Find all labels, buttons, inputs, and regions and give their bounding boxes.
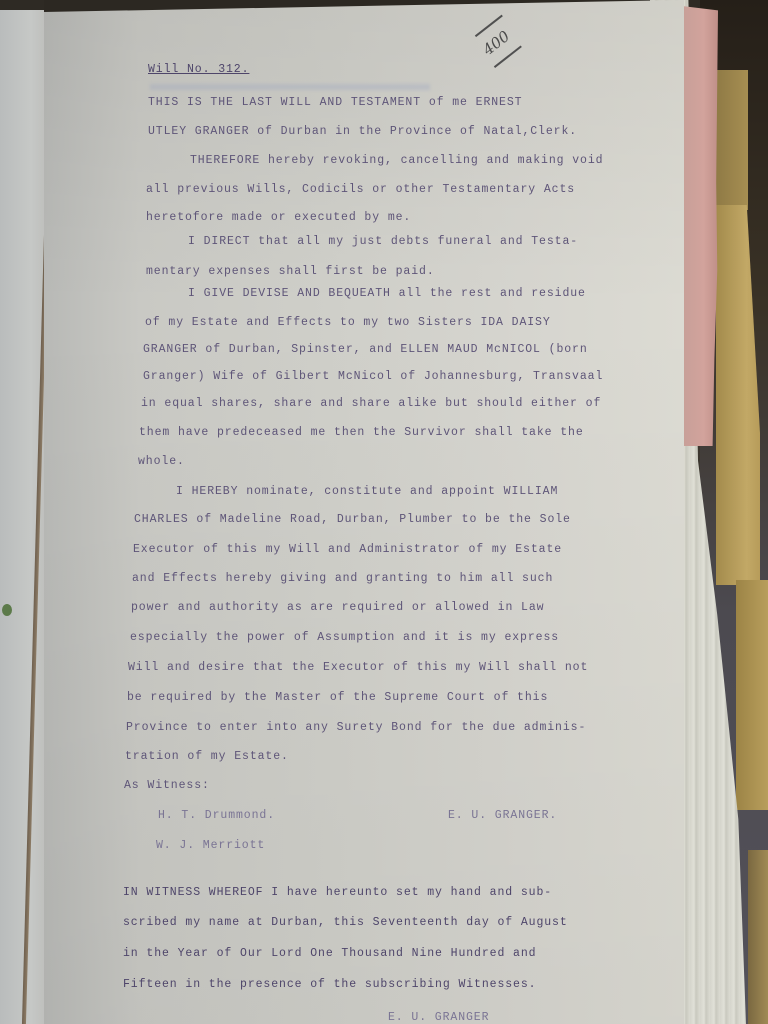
pink-sheet-edge — [682, 6, 718, 446]
text-line: Province to enter into any Surety Bond f… — [126, 722, 586, 734]
text-line: in equal shares, share and share alike b… — [141, 398, 601, 410]
text-line: scribed my name at Durban, this Seventee… — [123, 917, 568, 929]
tan-divider-tab — [736, 580, 768, 810]
text-line: especially the power of Assumption and i… — [130, 632, 559, 644]
text-line: Executor of this my Will and Administrat… — [133, 544, 562, 556]
witness-name: H. T. Drummond. — [158, 810, 275, 822]
witness-name: W. J. Merriott — [156, 840, 265, 852]
text-line: As Witness: — [124, 780, 210, 792]
signature-text: E. U. GRANGER. — [448, 810, 557, 822]
text-line: heretofore made or executed by me. — [146, 212, 411, 224]
text-line: Fifteen in the presence of the subscribi… — [123, 979, 536, 991]
text-line: CHARLES of Madeline Road, Durban, Plumbe… — [134, 514, 571, 526]
text-line: tration of my Estate. — [125, 751, 289, 763]
text-line: Will and desire that the Executor of thi… — [128, 662, 588, 674]
tan-divider-tab — [716, 70, 748, 210]
text-line: all previous Wills, Codicils or other Te… — [146, 184, 575, 196]
text-line: of my Estate and Effects to my two Siste… — [145, 317, 551, 329]
document-title: Will No. 312. — [148, 64, 249, 76]
text-line: and Effects hereby giving and granting t… — [132, 573, 553, 585]
text-line: UTLEY GRANGER of Durban in the Province … — [148, 126, 577, 138]
text-line: I HEREBY nominate, constitute and appoin… — [176, 486, 558, 498]
signature-text: E. U. GRANGER — [388, 1012, 489, 1024]
ghost-impression — [150, 84, 430, 90]
text-line: be required by the Master of the Supreme… — [127, 692, 548, 704]
green-dot-marker — [2, 604, 12, 616]
tan-divider-tab — [748, 850, 768, 1024]
text-line: them have predeceased me then the Surviv… — [139, 427, 584, 439]
photo-scene: 400 Will No. 312. THIS IS THE LAST WILL … — [0, 0, 768, 1024]
text-line: IN WITNESS WHEREOF I have hereunto set m… — [123, 887, 552, 899]
text-line: I GIVE DEVISE AND BEQUEATH all the rest … — [188, 288, 586, 300]
text-line: mentary expenses shall first be paid. — [146, 266, 435, 278]
text-line: THEREFORE hereby revoking, cancelling an… — [190, 155, 603, 167]
text-line: I DIRECT that all my just debts funeral … — [188, 236, 578, 248]
text-line: Granger) Wife of Gilbert McNicol of Joha… — [143, 371, 603, 383]
text-line: in the Year of Our Lord One Thousand Nin… — [123, 948, 536, 960]
text-line: whole. — [138, 456, 185, 468]
text-line: THIS IS THE LAST WILL AND TESTAMENT of m… — [148, 97, 522, 109]
text-line: power and authority as are required or a… — [131, 602, 544, 614]
text-line: GRANGER of Durban, Spinster, and ELLEN M… — [143, 344, 588, 356]
